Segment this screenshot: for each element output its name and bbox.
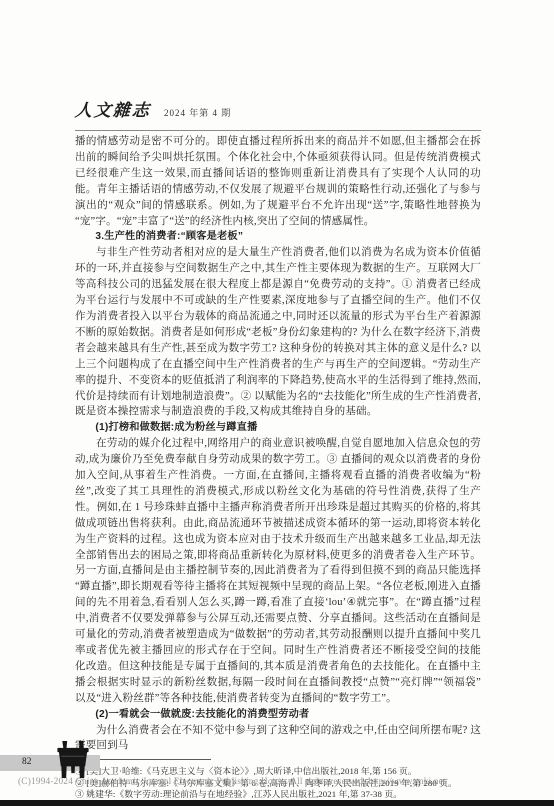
scan-edge-bar (0, 800, 554, 806)
journal-logo: 人文雜志 (74, 96, 152, 121)
body-paragraph: 播的情感劳动是密不可分的。即使直播过程所拆出来的商品并不如愿,但主播都会在拆出前… (75, 134, 481, 229)
body-paragraph: 为什么消费者会在不知不觉中参与到了这种空间的游戏之中,任由空间所摆布呢? 这需要… (75, 723, 481, 755)
footnote: ③ 姚建华:《数字劳动:理论前沿与在地经验》,江苏人民出版社,2021 年,第 … (75, 789, 481, 800)
article-body: 播的情感劳动是密不可分的。即使直播过程所拆出来的商品并不如愿,但主播都会在拆出前… (75, 134, 481, 754)
page-content: 人文雜志 2024 年第 4 期 播的情感劳动是密不可分的。即使直播过程所拆出来… (75, 0, 481, 806)
subsection-heading: (2)一看就会一做就废:去技能化的消费型劳动者 (75, 707, 481, 723)
journal-header: 人文雜志 2024 年第 4 期 (75, 96, 481, 131)
ding-vessel-icon (53, 741, 93, 780)
body-paragraph: 与非生产性劳动者相对应的是大量生产性消费者,他们以消费为名成为资本价值循环的一环… (75, 245, 481, 420)
subsection-heading: (1)打榜和做数据:成为粉丝与蹲直播 (75, 420, 481, 436)
body-paragraph: 在劳动的媒介化过程中,网络用户的商业意识被唤醒,自觉自愿地加入信息众包的劳动,成… (75, 436, 481, 706)
journal-issue: 2024 年第 4 期 (164, 106, 231, 119)
section-heading: 3.生产性的消费者:“顾客是老板” (75, 229, 481, 245)
page-number: 82 (22, 757, 32, 767)
